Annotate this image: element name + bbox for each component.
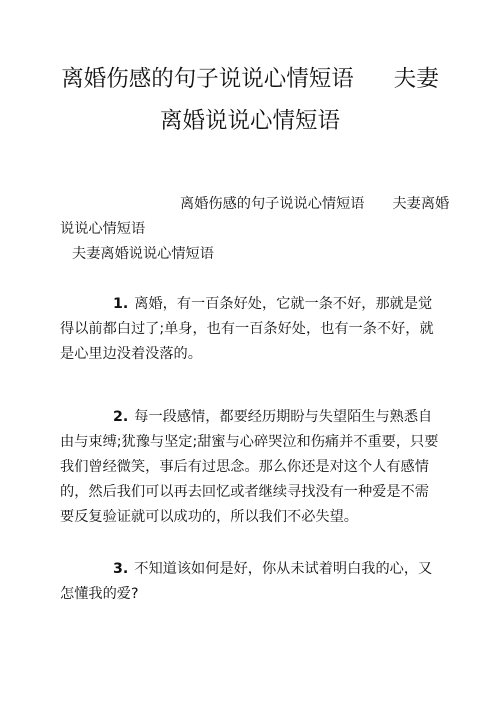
document-title: 离婚伤感的句子说说心情短语夫妻 离婚说说心情短语 <box>40 58 460 142</box>
subheading: 离婚伤感的句子说说心情短语夫妻离婚 说说心情短语 夫妻离婚说说心情短语 <box>60 192 442 267</box>
subheading-line-1-tail: 夫妻离婚 <box>392 196 449 212</box>
subheading-line-3: 夫妻离婚说说心情短语 <box>60 242 442 267</box>
subheading-line-1: 离婚伤感的句子说说心情短语夫妻离婚 <box>60 192 442 217</box>
paragraph-2: 2.每一段感情，都要经历期盼与失望陌生与熟悉自由与束缚;犹豫与坚定;甜蜜与心碎哭… <box>60 405 442 530</box>
paragraph-number: 3. <box>113 561 128 577</box>
document-page: 离婚伤感的句子说说心情短语夫妻 离婚说说心情短语 离婚伤感的句子说说心情短语夫妻… <box>0 0 500 707</box>
title-line-1-tail: 夫妻 <box>394 66 439 92</box>
title-line-1-main: 离婚伤感的句子说说心情短语 <box>61 66 354 92</box>
paragraph-1: 1.离婚，有一百条好处，它就一条不好，那就是觉得以前都白过了;单身，也有一百条好… <box>60 292 442 367</box>
paragraph-3: 3.不知道该如何是好，你从未试着明白我的心，又怎懂我的爱? <box>60 557 442 607</box>
paragraph-text: 每一段感情，都要经历期盼与失望陌生与熟悉自由与束缚;犹豫与坚定;甜蜜与心碎哭泣和… <box>60 409 438 525</box>
subheading-line-2: 说说心情短语 <box>60 217 442 242</box>
subheading-line-1-main: 离婚伤感的句子说说心情短语 <box>180 196 364 212</box>
title-line-2: 离婚说说心情短语 <box>40 100 460 142</box>
title-line-1: 离婚伤感的句子说说心情短语夫妻 <box>40 58 460 100</box>
paragraph-number: 1. <box>113 296 128 312</box>
paragraph-number: 2. <box>113 409 128 425</box>
